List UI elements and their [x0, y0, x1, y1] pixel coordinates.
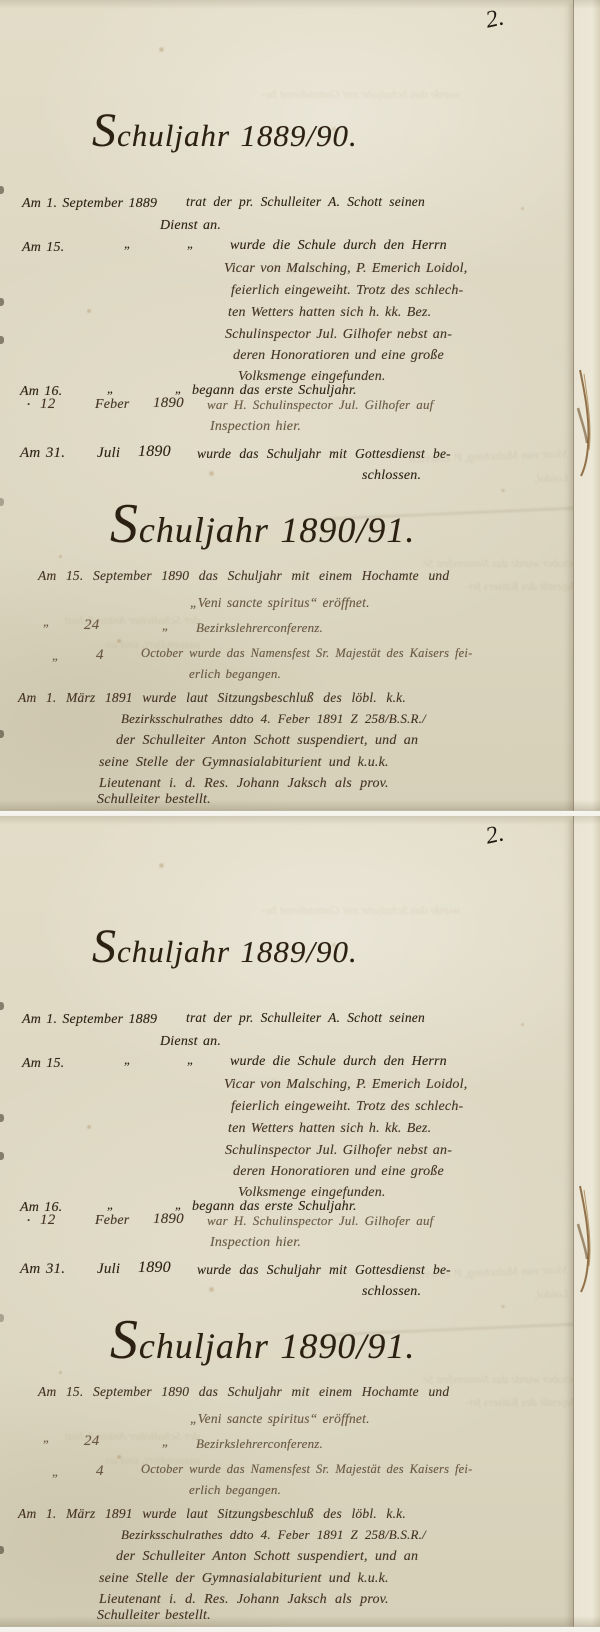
- entry-text: Inspection hier.: [210, 419, 301, 435]
- foxing-spot: [208, 1286, 215, 1293]
- foxing-spot: [158, 862, 165, 869]
- entry-text: trat der pr. Schulleiter A. Schott seine…: [186, 1010, 425, 1026]
- entry-text: schlossen.: [362, 1284, 421, 1300]
- entry-date: Juli: [97, 1261, 120, 1278]
- entry-date: Am 31.: [20, 1261, 65, 1278]
- entry-text: Am 1. März 1891 wurde laut Sitzungsbesch…: [18, 690, 406, 706]
- entry-date: Am 15.: [22, 240, 64, 256]
- chronicle-page: wurde das Schuljahr mit Gottesdienst be-…: [0, 0, 600, 816]
- foxing-spot: [116, 638, 122, 644]
- ink-smudge: [0, 1314, 4, 1322]
- entry-date: Am 1. September 1889: [22, 196, 157, 212]
- entry-text: Am 1. März 1891 wurde laut Sitzungsbesch…: [18, 1506, 406, 1522]
- ditto-mark: „: [107, 1197, 114, 1213]
- entry-date: 12: [40, 1212, 55, 1229]
- entry-text: Lieutenant i. d. Res. Johann Jaksch als …: [99, 776, 389, 792]
- entry-text: erlich begangen.: [189, 1482, 281, 1498]
- entry-text: Bezirksschulrathes ddto 4. Feber 1891 Z …: [121, 1527, 426, 1543]
- ink-smudge: [0, 498, 4, 506]
- entry-text: der Schulleiter Anton Schott suspendiert…: [116, 733, 418, 749]
- entry-text: Inspection hier.: [210, 1235, 301, 1251]
- entry-date: 4: [96, 647, 104, 664]
- page-number: 2.: [483, 4, 506, 34]
- entry-date: Feber: [95, 1213, 129, 1229]
- foxing-spot: [520, 1022, 525, 1027]
- entry-text: wurde die Schule durch den Herrn: [230, 238, 447, 254]
- ditto-mark: „: [162, 1434, 169, 1450]
- foxing-spot: [208, 470, 215, 477]
- entry-date: 1890: [153, 1211, 184, 1228]
- chronicle-page: wurde das Schuljahr mit Gottesdienst be-…: [0, 816, 600, 1632]
- ditto-mark: „: [52, 648, 59, 664]
- ink-smudge: [0, 298, 4, 306]
- entry-text: Vicar von Malsching, P. Emerich Loidol,: [224, 261, 467, 277]
- entry-date: Feber: [95, 397, 129, 413]
- foxing-spot: [158, 46, 165, 53]
- ditto-mark: „: [162, 618, 169, 634]
- entry-text: October wurde das Namensfest Sr. Majestä…: [141, 646, 472, 661]
- foxing-spot: [520, 206, 525, 211]
- entry-text: deren Honoratioren und eine große: [233, 348, 444, 364]
- repeat-dot: .: [27, 392, 31, 410]
- entry-text: Bezirksschulrathes ddto 4. Feber 1891 Z …: [121, 711, 426, 727]
- entry-text: Schulleiter bestellt.: [97, 1608, 211, 1624]
- ditto-mark: „: [107, 381, 114, 397]
- ink-smudge: [0, 1546, 4, 1554]
- entry-date: 24: [84, 617, 99, 634]
- entry-date: 12: [40, 396, 55, 413]
- entry-text: October wurde das Namensfest Sr. Majestä…: [141, 1462, 472, 1477]
- entry-text: war H. Schulinspector Jul. Gilhofer auf: [207, 1213, 433, 1229]
- foxing-spot: [116, 1454, 122, 1460]
- entry-date: 1890: [138, 1259, 171, 1277]
- entry-text: deren Honoratioren und eine große: [233, 1164, 444, 1180]
- plant-fiber: [566, 368, 598, 478]
- ditto-mark: „: [187, 1052, 194, 1068]
- ink-smudge: [0, 1152, 4, 1160]
- entry-text: war H. Schulinspector Jul. Gilhofer auf: [207, 397, 433, 413]
- section-heading-1890-91: Schuljahr 1890/91.: [110, 1308, 415, 1372]
- entry-text: Am 15. September 1890 das Schuljahr mit …: [38, 568, 449, 584]
- entry-text: wurde die Schule durch den Herrn: [230, 1054, 447, 1070]
- ditto-mark: „: [52, 1464, 59, 1480]
- section-heading-1889-90: Schuljahr 1889/90.: [92, 103, 358, 158]
- page-number: 2.: [483, 820, 506, 850]
- entry-text: der Schulleiter Anton Schott suspendiert…: [116, 1549, 418, 1565]
- entry-text: Am 15. September 1890 das Schuljahr mit …: [38, 1384, 449, 1400]
- entry-text: erlich begangen.: [189, 666, 281, 682]
- repeat-dot: .: [27, 1208, 31, 1226]
- ink-smudge: [0, 730, 4, 738]
- entry-text: Dienst an.: [160, 1034, 221, 1050]
- ink-smudge: [0, 336, 4, 344]
- ditto-mark: „: [124, 1052, 131, 1068]
- section-heading-1889-90: Schuljahr 1889/90.: [92, 919, 358, 974]
- entry-text: Bezirkslehrerconferenz.: [196, 620, 323, 636]
- ditto-mark: „: [43, 614, 50, 630]
- entry-date: Am 1. September 1889: [22, 1012, 157, 1028]
- entry-date: 1890: [153, 395, 184, 412]
- entry-date: 24: [84, 1433, 99, 1450]
- foxing-spot: [86, 1124, 92, 1130]
- entry-text: „Veni sancte spiritus“ eröffnet.: [190, 595, 370, 611]
- entry-date: Am 15.: [22, 1056, 64, 1072]
- entry-text: Schulinspector Jul. Gilhofer nebst an-: [225, 327, 452, 343]
- section-heading-1890-91: Schuljahr 1890/91.: [110, 492, 415, 556]
- entry-text: seine Stelle der Gymnasialabiturient und…: [99, 1571, 389, 1587]
- entry-date: Am 31.: [20, 445, 65, 462]
- entry-text: Schulleiter bestellt.: [97, 792, 211, 808]
- scanned-document: wurde das Schuljahr mit Gottesdienst be-…: [0, 0, 600, 1632]
- entry-text: wurde das Schuljahr mit Gottesdienst be-: [197, 1262, 451, 1278]
- entry-text: seine Stelle der Gymnasialabiturient und…: [99, 755, 389, 771]
- ditto-mark: „: [187, 236, 194, 252]
- entry-text: Dienst an.: [160, 218, 221, 234]
- foxing-spot: [58, 554, 63, 559]
- entry-text: Lieutenant i. d. Res. Johann Jaksch als …: [99, 1592, 389, 1608]
- plant-fiber: [566, 1184, 598, 1294]
- foxing-spot: [500, 488, 506, 493]
- entry-text: trat der pr. Schulleiter A. Schott seine…: [186, 194, 425, 210]
- foxing-spot: [86, 308, 92, 314]
- entry-text: Bezirkslehrerconferenz.: [196, 1436, 323, 1452]
- entry-text: „Veni sancte spiritus“ eröffnet.: [190, 1411, 370, 1427]
- entry-date: Juli: [97, 445, 120, 462]
- entry-text: Schulinspector Jul. Gilhofer nebst an-: [225, 1143, 452, 1159]
- ink-smudge: [0, 1114, 4, 1122]
- foxing-spot: [58, 1370, 63, 1375]
- ditto-mark: „: [124, 236, 131, 252]
- entry-date: 4: [96, 1463, 104, 1480]
- foxing-spot: [500, 1304, 506, 1309]
- entry-text: feierlich eingeweiht. Trotz des schlech-: [231, 283, 463, 299]
- ink-smudge: [0, 1002, 4, 1010]
- entry-text: ten Wetters hatten sich h. kk. Bez.: [228, 305, 431, 321]
- entry-text: ten Wetters hatten sich h. kk. Bez.: [228, 1121, 431, 1137]
- entry-text: schlossen.: [362, 468, 421, 484]
- ditto-mark: „: [43, 1430, 50, 1446]
- ink-smudge: [0, 186, 4, 194]
- entry-date: 1890: [138, 443, 171, 461]
- entry-text: Vicar von Malsching, P. Emerich Loidol,: [224, 1077, 467, 1093]
- entry-text: wurde das Schuljahr mit Gottesdienst be-: [197, 446, 451, 462]
- entry-text: feierlich eingeweiht. Trotz des schlech-: [231, 1099, 463, 1115]
